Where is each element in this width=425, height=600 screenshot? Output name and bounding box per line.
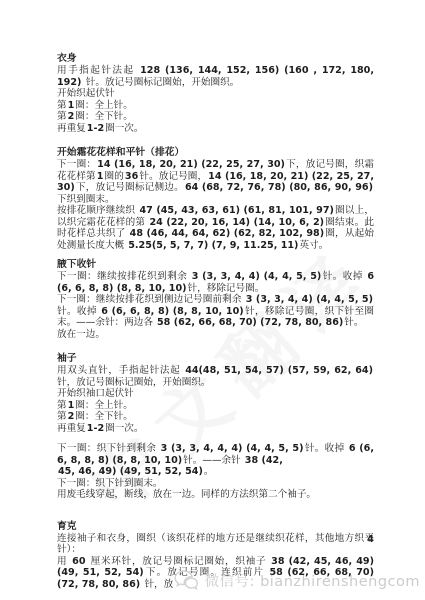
section-heading-frost-flower: 开始霜花花样和平针（排花）	[57, 147, 374, 159]
pattern-paragraph: 45, 46, 49) (49, 51, 52, 54)。	[57, 466, 374, 478]
pattern-paragraph: 下一圈：织下针到剩余 3 (3, 3, 4, 4, 4) (4, 4, 5, 5…	[57, 443, 374, 466]
pattern-paragraph: 下一圈：继续按排花织到剩余 3 (3, 3, 4, 4) (4, 4, 5, 5…	[57, 271, 374, 294]
pattern-paragraph: 第1圈：全上针。	[57, 400, 374, 412]
pattern-paragraph: 开始织起伏针	[57, 88, 374, 100]
pattern-paragraph: 按排花顺序继续织 47 (45, 43, 63, 61) (61, 81, 10…	[57, 205, 374, 251]
section-frost-flower-pattern: 开始霜花花样和平针（排花） 下一圈：14 (16, 18, 20, 21) (2…	[57, 147, 374, 251]
pattern-paragraph: 第2圈：全下针。	[57, 111, 374, 123]
wechat-icon	[174, 570, 198, 591]
pattern-paragraph: 用双头直针，手指起针法起 44(48, 51, 54, 57) (57, 59,…	[57, 365, 374, 388]
document-page: 中文翻译 衣身 用手指起针法起 128 (136, 144, 152, 156)…	[0, 0, 425, 600]
section-body: 衣身 用手指起针法起 128 (136, 144, 152, 156) (160…	[57, 53, 374, 134]
section-heading-underarm: 腋下收针	[57, 259, 374, 271]
page-number: 4	[57, 534, 374, 545]
footer-watermark: 微信号: bianzhirenshengcom	[174, 570, 420, 591]
pattern-paragraph: 用废毛线穿起，断线，放在一边。同样的方法织第二个袖子。	[57, 489, 374, 501]
pattern-paragraph: 开始织袖口起伏针	[57, 388, 374, 400]
section-sleeves: 袖子 用双头直针，手指起针法起 44(48, 51, 54, 57) (57, …	[57, 353, 374, 434]
section-heading-body: 衣身	[57, 53, 374, 65]
knitting-pattern-text: 衣身 用手指起针法起 128 (136, 144, 152, 156) (160…	[57, 53, 374, 590]
section-heading-yoke: 育克	[57, 521, 374, 533]
pattern-paragraph: 放在一边。	[57, 329, 374, 341]
pattern-paragraph: 再重复1-2圈一次。	[57, 423, 374, 435]
pattern-paragraph: 再重复1-2圈一次。	[57, 123, 374, 135]
section-sleeves-continued: 下一圈：织下针到剩余 3 (3, 3, 4, 4, 4) (4, 4, 5, 5…	[57, 443, 374, 501]
pattern-paragraph: 用手指起针法起 128 (136, 144, 152, 156) (160 , …	[57, 65, 374, 88]
pattern-paragraph: 第2圈：全下针。	[57, 411, 374, 423]
pattern-paragraph: 下一圈：织下针到圈末。	[57, 478, 374, 490]
section-heading-sleeves: 袖子	[57, 353, 374, 365]
wechat-id-label: 微信号: bianzhirenshengcom	[205, 570, 420, 591]
section-underarm-bindoff: 腋下收针 下一圈：继续按排花织到剩余 3 (3, 3, 4, 4) (4, 4,…	[57, 259, 374, 340]
pattern-paragraph: 下一圈：继续按排花织到侧边记号圈前剩余 3 (3, 3, 4, 4) (4, 4…	[57, 294, 374, 329]
pattern-paragraph: 下一圈：14 (16, 18, 20, 21) (22, 25, 27, 30)…	[57, 159, 374, 205]
pattern-paragraph: 第1圈：全上针。	[57, 100, 374, 112]
